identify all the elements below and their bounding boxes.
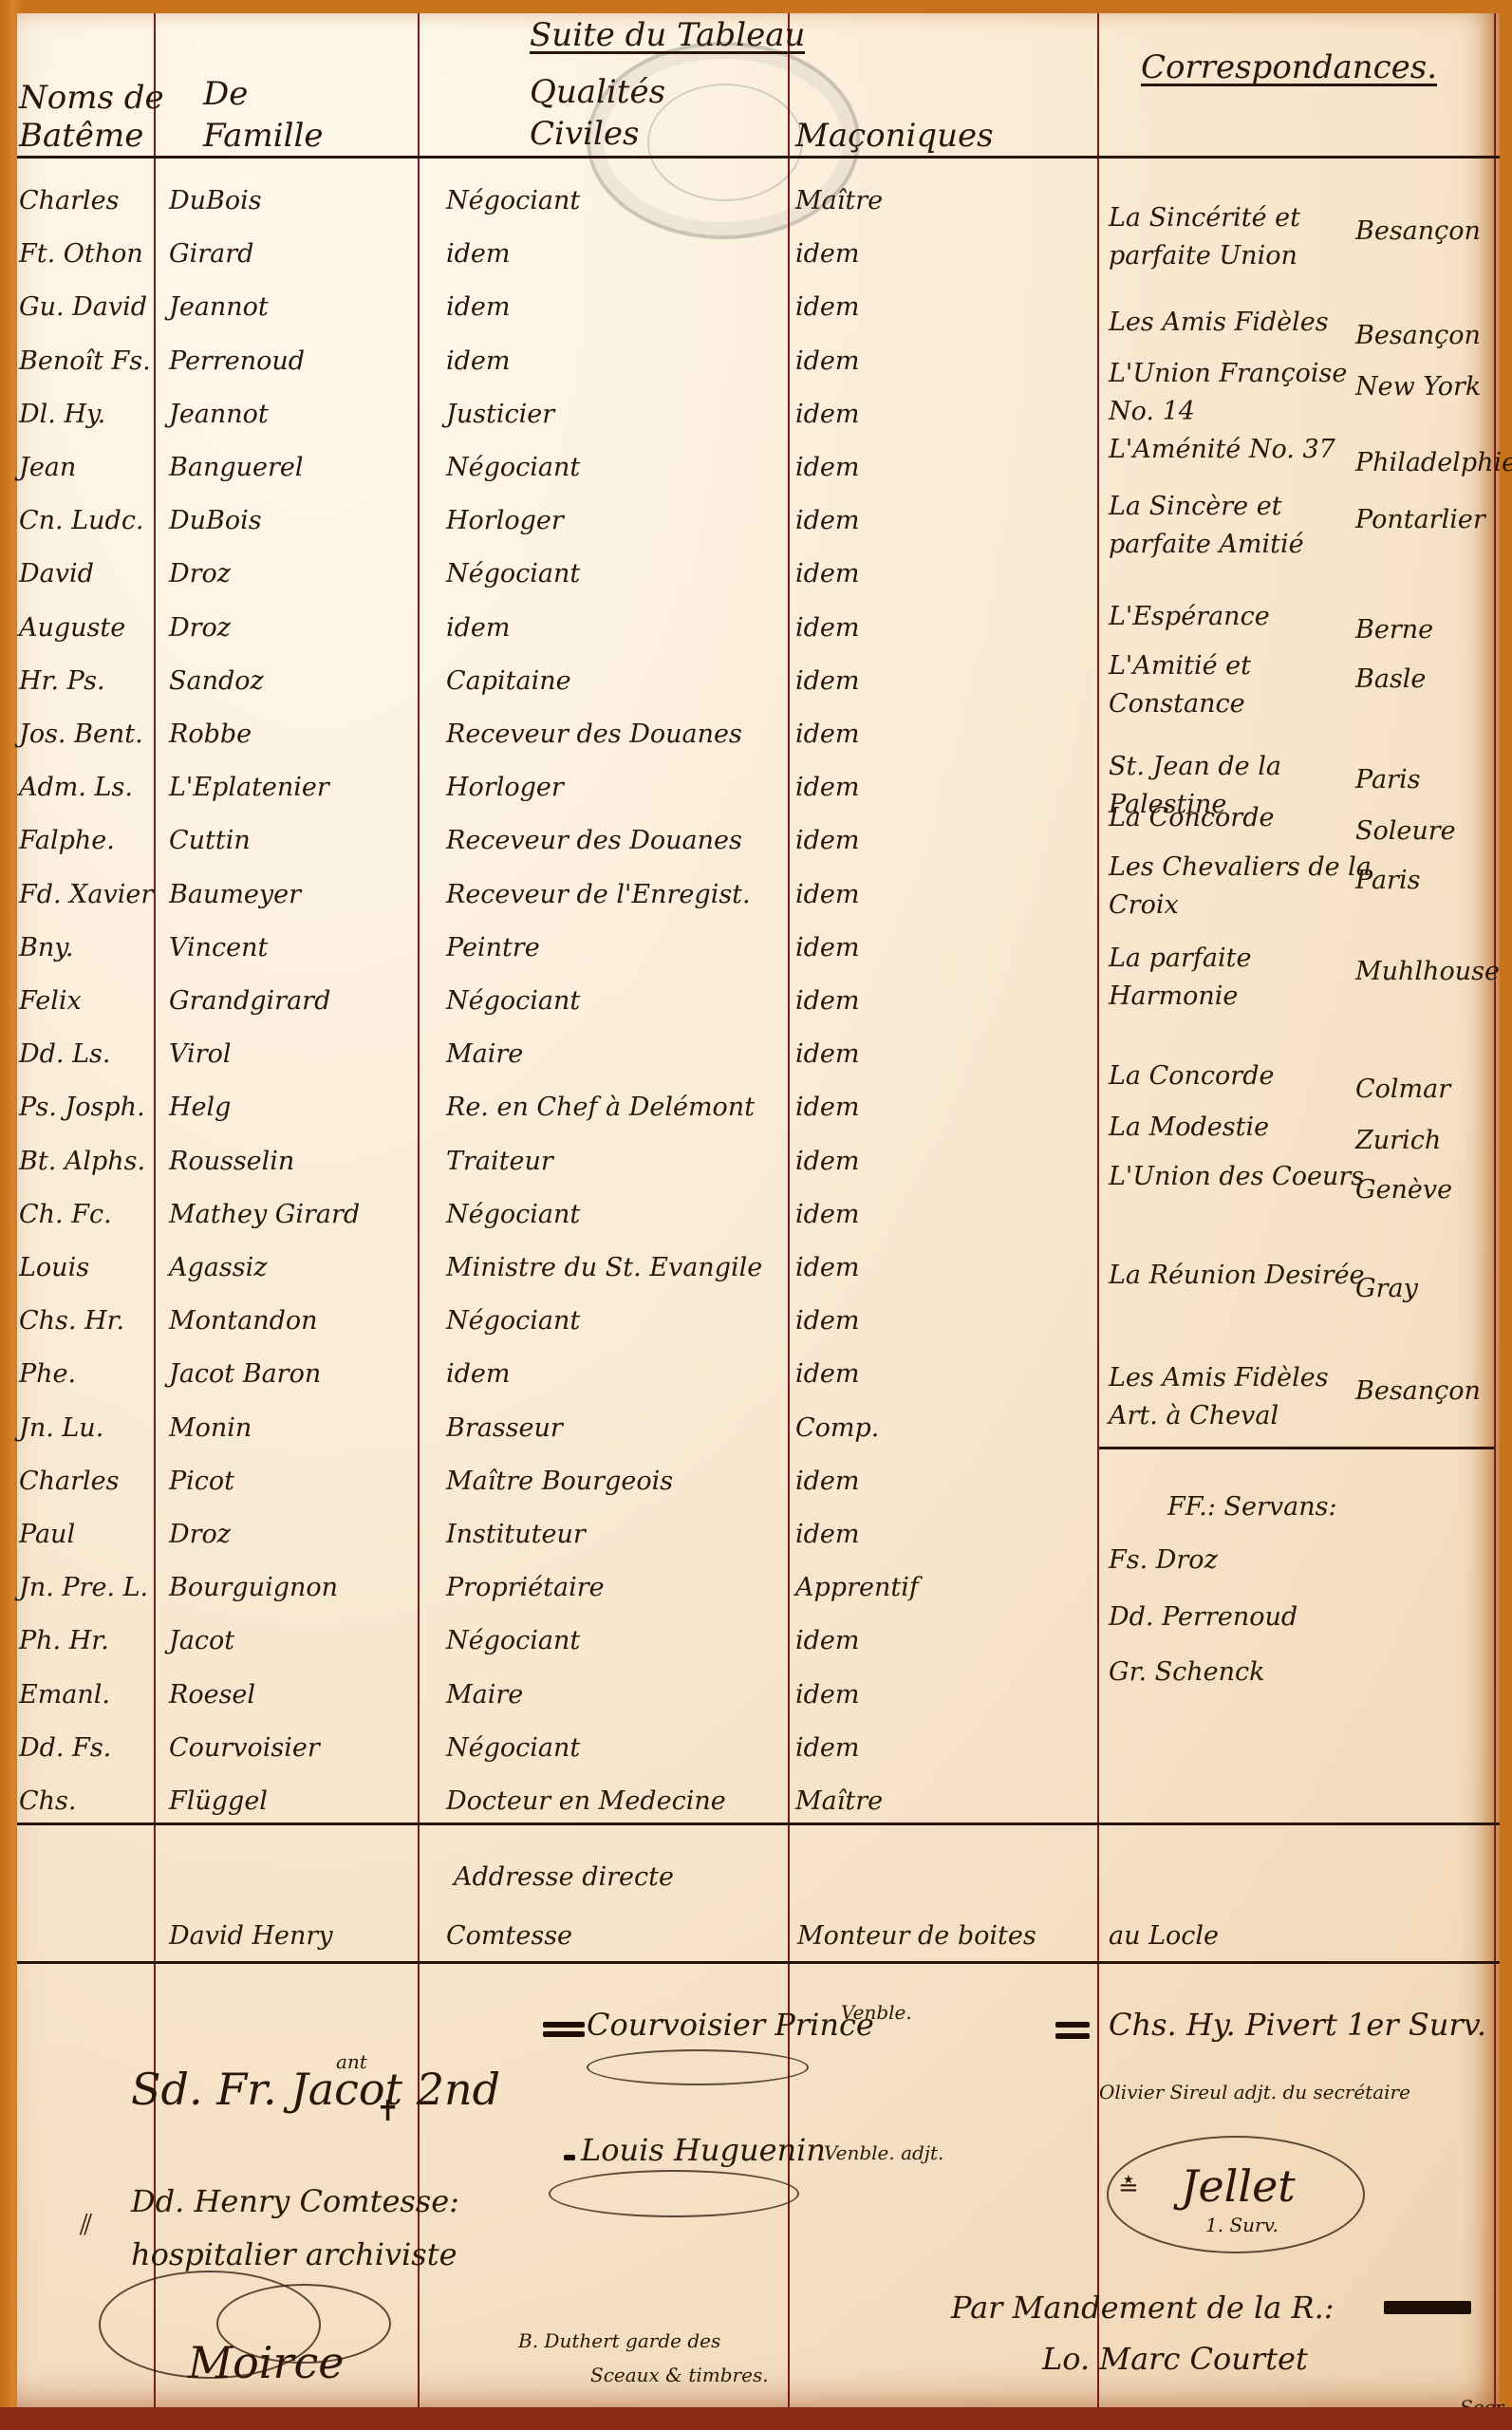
- qualite-maconique-cell: Comp.: [795, 1413, 1080, 1443]
- qualite-civile-cell: Capitaine: [446, 666, 788, 696]
- correspondance-ville: Besançon: [1355, 216, 1481, 246]
- prenom-cell: Jos. Bent.: [19, 720, 152, 749]
- qualite-civile-cell: idem: [446, 239, 788, 269]
- address-label: Addresse directe: [454, 1864, 674, 1890]
- famille-cell: Banguerel: [169, 453, 416, 482]
- signature-title-venerable: Venble.: [841, 2001, 912, 2024]
- correspondance-ville: Colmar: [1355, 1075, 1450, 1104]
- famille-cell: DuBois: [169, 506, 416, 535]
- correspondance-loge: Les Amis Fidèles: [1109, 304, 1374, 342]
- qualite-civile-cell: Receveur de l'Enregist.: [446, 880, 788, 909]
- correspondance-loge: L'Espérance: [1109, 598, 1374, 636]
- prenom-cell: Ph. Hr.: [19, 1626, 152, 1655]
- address-qualite: Monteur de boites: [797, 1923, 1036, 1949]
- correspondance-loge: L'Union des Coeurs: [1109, 1158, 1374, 1196]
- qualite-maconique-cell: idem: [795, 826, 1080, 855]
- qualite-maconique-cell: Apprentif: [795, 1573, 1080, 1602]
- famille-cell: Virol: [169, 1039, 416, 1069]
- qualite-civile-cell: Receveur des Douanes: [446, 720, 788, 749]
- prenom-cell: Charles: [19, 186, 152, 215]
- famille-cell: Helg: [169, 1093, 416, 1122]
- masonic-cross-icon: ✝: [376, 2098, 400, 2126]
- prenom-cell: Jn. Lu.: [19, 1413, 152, 1443]
- signature-flourish: [549, 2170, 799, 2217]
- qualite-maconique-cell: idem: [795, 559, 1080, 589]
- qualite-civile-cell: Maire: [446, 1680, 788, 1710]
- table-row: Chs. Hr.MontandonNégociantidem: [17, 1293, 1500, 1344]
- header-qualites-line1: Qualités: [530, 76, 665, 108]
- signature-pivert: Chs. Hy. Pivert 1er Surv.: [1109, 2007, 1486, 2043]
- signature-courtet: Lo. Marc Courtet: [1042, 2341, 1308, 2377]
- famille-cell: Droz: [169, 1520, 416, 1549]
- masonic-level-mark-icon: [1384, 2301, 1471, 2314]
- correspondance-ville: Genève: [1355, 1175, 1452, 1205]
- qualite-civile-cell: Traiteur: [446, 1147, 788, 1176]
- address-end-rule: [17, 1961, 1500, 1964]
- qualite-maconique-cell: idem: [795, 1093, 1080, 1122]
- prenom-cell: Dl. Hy.: [19, 400, 152, 429]
- masonic-triangle-mark-icon: ≛: [1118, 2176, 1139, 2200]
- qualite-civile-cell: Négociant: [446, 1200, 788, 1229]
- signature-flourish: [587, 2049, 809, 2085]
- correspondance-loge: La Sincérité et parfaite Union: [1109, 199, 1374, 275]
- famille-cell: Vincent: [169, 933, 416, 963]
- header-maconiques: Maçoniques: [795, 120, 994, 152]
- prenom-cell: Felix: [19, 986, 152, 1016]
- correspondance-ville: Gray: [1355, 1274, 1418, 1303]
- qualite-maconique-cell: idem: [795, 720, 1080, 749]
- signature-title-venerable-adjoint: Venble. adjt.: [824, 2141, 943, 2164]
- prenom-cell: Jn. Pre. L.: [19, 1573, 152, 1602]
- qualite-maconique-cell: idem: [795, 346, 1080, 376]
- famille-cell: Jacot Baron: [169, 1359, 416, 1389]
- qualite-civile-cell: idem: [446, 613, 788, 643]
- famille-cell: Montandon: [169, 1306, 416, 1336]
- qualite-maconique-cell: idem: [795, 1039, 1080, 1069]
- correspondance-loge: La Concorde: [1109, 1057, 1374, 1095]
- famille-cell: DuBois: [169, 186, 416, 215]
- prenom-cell: Dd. Fs.: [19, 1733, 152, 1763]
- header-noms-line1: Noms de: [19, 82, 164, 114]
- famille-cell: Girard: [169, 239, 416, 269]
- signature-duthert-role: Sceaux & timbres.: [590, 2364, 769, 2386]
- qualite-civile-cell: idem: [446, 346, 788, 376]
- famille-cell: Bourguignon: [169, 1573, 416, 1602]
- qualite-maconique-cell: idem: [795, 400, 1080, 429]
- qualite-maconique-cell: idem: [795, 292, 1080, 322]
- qualite-maconique-cell: idem: [795, 773, 1080, 802]
- qualite-maconique-cell: idem: [795, 1306, 1080, 1336]
- signature-sireul: Olivier Sireul adjt. du secrétaire: [1099, 2081, 1410, 2103]
- servants-title: FF.: Servans:: [1167, 1494, 1337, 1520]
- servant-name: Fs. Droz: [1109, 1547, 1218, 1573]
- masonic-double-bar-icon: [564, 2155, 575, 2160]
- qualite-civile-cell: Horloger: [446, 506, 788, 535]
- signature-huguenin: Louis Huguenin: [581, 2132, 826, 2168]
- correspondance-loge: L'Union Françoise No. 14: [1109, 355, 1374, 431]
- correspondance-ville: Besançon: [1355, 1376, 1481, 1406]
- famille-cell: Jeannot: [169, 292, 416, 322]
- qualite-civile-cell: Maire: [446, 1039, 788, 1069]
- prenom-cell: Louis: [19, 1253, 152, 1282]
- qualite-maconique-cell: idem: [795, 453, 1080, 482]
- qualite-civile-cell: Négociant: [446, 1626, 788, 1655]
- prenom-cell: Auguste: [19, 613, 152, 643]
- qualite-civile-cell: idem: [446, 1359, 788, 1389]
- signature-jellet: Jellet: [1181, 2160, 1296, 2212]
- qualite-civile-cell: Négociant: [446, 986, 788, 1016]
- famille-cell: Baumeyer: [169, 880, 416, 909]
- qualite-maconique-cell: idem: [795, 666, 1080, 696]
- correspondance-loge: L'Aménité No. 37: [1109, 431, 1374, 469]
- table-row: Dd. Fs.CourvoisierNégociantidem: [17, 1720, 1500, 1771]
- famille-cell: Jacot: [169, 1626, 416, 1655]
- correspondance-ville: Soleure: [1355, 816, 1456, 846]
- prenom-cell: Paul: [19, 1520, 152, 1549]
- header-rule: [17, 156, 1500, 159]
- qualite-maconique-cell: idem: [795, 1147, 1080, 1176]
- correspondance-loge: La parfaite Harmonie: [1109, 940, 1374, 1016]
- correspondance-ville: New York: [1355, 372, 1481, 402]
- qualite-civile-cell: idem: [446, 292, 788, 322]
- famille-cell: Rousselin: [169, 1147, 416, 1176]
- famille-cell: Agassiz: [169, 1253, 416, 1282]
- famille-cell: Mathey Girard: [169, 1200, 416, 1229]
- qualite-maconique-cell: Maître: [795, 186, 1080, 215]
- prenom-cell: Ch. Fc.: [19, 1200, 152, 1229]
- prenom-cell: Fd. Xavier: [19, 880, 152, 909]
- header-noms-line2: Batême: [19, 120, 143, 152]
- correspondance-ville: Philadelphie: [1355, 448, 1512, 477]
- famille-cell: Droz: [169, 559, 416, 589]
- header-famille-line2: Famille: [203, 120, 324, 152]
- address-famille: Comtesse: [446, 1923, 572, 1949]
- signature-courvoisier: Courvoisier Prince: [587, 2007, 874, 2043]
- qualite-maconique-cell: idem: [795, 1733, 1080, 1763]
- famille-cell: Flüggel: [169, 1786, 416, 1816]
- correspondance-ville: Basle: [1355, 664, 1426, 694]
- qualite-maconique-cell: idem: [795, 1520, 1080, 1549]
- header-correspondances: Correspondances.: [1141, 51, 1437, 86]
- qualite-civile-cell: Receveur des Douanes: [446, 826, 788, 855]
- qualite-civile-cell: Justicier: [446, 400, 788, 429]
- qualite-maconique-cell: idem: [795, 986, 1080, 1016]
- signature-mandement: Par Mandement de la R.:: [951, 2290, 1335, 2326]
- famille-cell: L'Eplatenier: [169, 773, 416, 802]
- prenom-cell: Charles: [19, 1467, 152, 1496]
- qualite-civile-cell: Négociant: [446, 1733, 788, 1763]
- qualite-civile-cell: Ministre du St. Evangile: [446, 1253, 788, 1282]
- famille-cell: Robbe: [169, 720, 416, 749]
- prenom-cell: Chs.: [19, 1786, 152, 1816]
- masonic-double-bar-icon: [1055, 2022, 1090, 2028]
- qualite-civile-cell: Négociant: [446, 1306, 788, 1336]
- masonic-double-bar-icon: [1055, 2033, 1090, 2039]
- table-row: Emanl.RoeselMaireidem: [17, 1667, 1500, 1718]
- qualite-maconique-cell: idem: [795, 1626, 1080, 1655]
- qualite-maconique-cell: idem: [795, 613, 1080, 643]
- masonic-ladder-mark-icon: ⫽: [80, 2212, 92, 2240]
- qualite-civile-cell: Docteur en Medecine: [446, 1786, 788, 1816]
- header-famille-line1: De: [203, 78, 248, 110]
- prenom-cell: Falphe.: [19, 826, 152, 855]
- qualite-maconique-cell: idem: [795, 506, 1080, 535]
- prenom-cell: Gu. David: [19, 292, 152, 322]
- masonic-double-bar-icon: [543, 2031, 585, 2037]
- prenom-cell: Ft. Othon: [19, 239, 152, 269]
- qualite-civile-cell: Instituteur: [446, 1520, 788, 1549]
- correspondance-loge: La Modestie: [1109, 1109, 1374, 1147]
- page-title: Suite du Tableau: [530, 19, 805, 54]
- famille-cell: Perrenoud: [169, 346, 416, 376]
- qualite-maconique-cell: idem: [795, 880, 1080, 909]
- correspondance-ville: Muhlhouse: [1355, 957, 1500, 986]
- correspondance-loge: Les Amis Fidèles Art. à Cheval: [1109, 1359, 1374, 1435]
- famille-cell: Cuttin: [169, 826, 416, 855]
- correspondance-ville: Besançon: [1355, 321, 1481, 350]
- qualite-civile-cell: Peintre: [446, 933, 788, 963]
- famille-cell: Roesel: [169, 1680, 416, 1710]
- qualite-civile-cell: Brasseur: [446, 1413, 788, 1443]
- famille-cell: Sandoz: [169, 666, 416, 696]
- famille-cell: Droz: [169, 613, 416, 643]
- qualite-civile-cell: Propriétaire: [446, 1573, 788, 1602]
- famille-cell: Grandgirard: [169, 986, 416, 1016]
- prenom-cell: Bt. Alphs.: [19, 1147, 152, 1176]
- signature-role-hospitalier: hospitalier archiviste: [131, 2236, 457, 2272]
- qualite-civile-cell: Négociant: [446, 559, 788, 589]
- prenom-cell: Jean: [19, 453, 152, 482]
- correspondance-loge: La Sincère et parfaite Amitié: [1109, 488, 1374, 564]
- qualite-maconique-cell: idem: [795, 933, 1080, 963]
- signature-jellet-role: 1. Surv.: [1205, 2214, 1279, 2236]
- servant-name: Gr. Schenck: [1109, 1659, 1265, 1685]
- signature-comtesse: Dd. Henry Comtesse:: [131, 2183, 459, 2219]
- famille-cell: Jeannot: [169, 400, 416, 429]
- masonic-double-bar-icon: [543, 2022, 585, 2028]
- prenom-cell: Cn. Ludc.: [19, 506, 152, 535]
- prenom-cell: Bny.: [19, 933, 152, 963]
- signature-duthert: B. Duthert garde des: [518, 2329, 720, 2352]
- signature-jacot-sup: ant: [336, 2050, 367, 2073]
- correspondance-ville: Paris: [1355, 866, 1420, 895]
- signature-jacot: Sd. Fr. Jacot 2nd: [131, 2064, 500, 2115]
- qualite-maconique-cell: idem: [795, 1200, 1080, 1229]
- qualite-civile-cell: Négociant: [446, 453, 788, 482]
- address-prenom: David Henry: [169, 1923, 333, 1949]
- correspondance-loge: La Concorde: [1109, 799, 1374, 837]
- qualite-civile-cell: Horloger: [446, 773, 788, 802]
- correspondance-loge: La Réunion Desirée: [1109, 1257, 1374, 1295]
- correspondance-ville: Paris: [1355, 765, 1420, 794]
- frame-bottom-edge: [0, 2407, 1512, 2430]
- qualite-civile-cell: Maître Bourgeois: [446, 1467, 788, 1496]
- manuscript-page: Suite du Tableau Noms de Batême De Famil…: [17, 13, 1500, 2413]
- qualite-maconique-cell: Maître: [795, 1786, 1080, 1816]
- servant-name: Dd. Perrenoud: [1109, 1604, 1297, 1630]
- correspondance-loge: Les Chevaliers de la Croix: [1109, 849, 1374, 925]
- prenom-cell: Chs. Hr.: [19, 1306, 152, 1336]
- prenom-cell: Hr. Ps.: [19, 666, 152, 696]
- correspondance-ville: Berne: [1355, 615, 1433, 645]
- qualite-maconique-cell: idem: [795, 1253, 1080, 1282]
- qualite-maconique-cell: idem: [795, 1359, 1080, 1389]
- prenom-cell: Dd. Ls.: [19, 1039, 152, 1069]
- famille-cell: Courvoisier: [169, 1733, 416, 1763]
- correspondance-ville: Pontarlier: [1355, 505, 1485, 534]
- prenom-cell: David: [19, 559, 152, 589]
- prenom-cell: Phe.: [19, 1359, 152, 1389]
- prenom-cell: Emanl.: [19, 1680, 152, 1710]
- prenom-cell: Ps. Josph.: [19, 1093, 152, 1122]
- header-qualites-line2: Civiles: [530, 118, 639, 150]
- prenom-cell: Adm. Ls.: [19, 773, 152, 802]
- famille-cell: Monin: [169, 1413, 416, 1443]
- correspondance-loge: L'Amitié et Constance: [1109, 647, 1374, 723]
- signature-moirce: Moirce: [188, 2337, 344, 2388]
- correspondance-ville: Zurich: [1355, 1126, 1441, 1155]
- table-row: Chs.FlüggelDocteur en MedecineMaître: [17, 1773, 1500, 1824]
- qualite-maconique-cell: idem: [795, 239, 1080, 269]
- prenom-cell: Benoît Fs.: [19, 346, 152, 376]
- qualite-maconique-cell: idem: [795, 1680, 1080, 1710]
- famille-cell: Picot: [169, 1467, 416, 1496]
- qualite-civile-cell: Re. en Chef à Delémont: [446, 1093, 788, 1122]
- qualite-civile-cell: Négociant: [446, 186, 788, 215]
- qualite-maconique-cell: idem: [795, 1467, 1080, 1496]
- address-lieu: au Locle: [1109, 1923, 1219, 1949]
